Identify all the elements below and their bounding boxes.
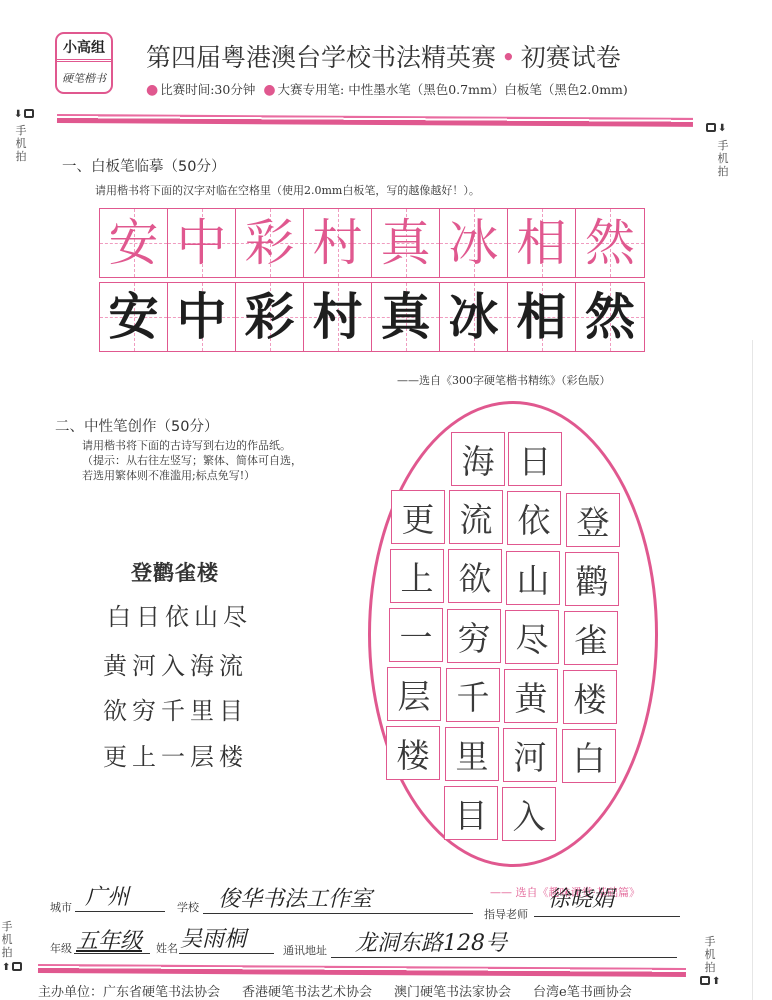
- written-char: 村: [313, 292, 363, 342]
- practice-cell[interactable]: 真: [372, 283, 440, 351]
- phone-photo-tag-top-right: 手 机 拍: [716, 139, 730, 178]
- teacher-value: 徐晓娟: [548, 882, 614, 913]
- section1-title: 一、白板笔临摹（50分）: [62, 155, 225, 176]
- exam-pen: 大赛专用笔: 中性墨水笔（黑色0.7mm）白板笔（黑色2.0mm): [278, 82, 628, 97]
- copy-grid: 安 中 彩 村 真 冰 相 然 安 中 彩 村 真 冰 相 然: [99, 208, 645, 352]
- practice-cell[interactable]: 冰: [440, 283, 508, 351]
- organizer: 主办单位：广东省硬笔书法协会: [38, 985, 220, 1000]
- camera-icon: [700, 976, 710, 985]
- tag-char: 拍: [703, 961, 717, 974]
- grade-value: 五年级: [76, 924, 142, 955]
- instruction-line: （提示：从右往左竖写；繁体、简体可自选，: [82, 453, 302, 468]
- grade-label: 年级: [50, 940, 72, 956]
- organizer: 台湾e笔书画协会: [533, 985, 632, 1000]
- tag-char: 机: [716, 152, 730, 165]
- phone-photo-tag-bottom-right: 手 机 拍: [703, 935, 717, 974]
- model-char: 相: [517, 218, 567, 268]
- tag-char: 拍: [716, 165, 730, 178]
- tag-char: 拍: [0, 946, 14, 959]
- model-cell: 安: [100, 209, 168, 277]
- work-cell[interactable]: 登: [566, 493, 620, 547]
- model-char: 安: [109, 218, 159, 268]
- camera-icon: [706, 123, 716, 132]
- model-cell: 然: [576, 209, 644, 277]
- exam-time: 比赛时间:30分钟: [160, 82, 255, 97]
- school-label: 学校: [177, 899, 199, 915]
- work-cell[interactable]: 流: [449, 490, 503, 544]
- work-cell[interactable]: 上: [390, 549, 444, 603]
- title-main: 第四届粤港澳台学校书法精英赛: [146, 43, 496, 72]
- city-value: 广州: [85, 880, 129, 911]
- section1-instructions: 请用楷书将下面的汉字对临在空格里（使用2.0mm白板笔，写的越像越好！）。: [95, 183, 480, 198]
- badge-category-label: 硬笔楷书: [57, 62, 111, 93]
- written-char: 然: [585, 292, 635, 342]
- bullet-icon: ●: [263, 82, 275, 98]
- practice-cell[interactable]: 安: [100, 283, 168, 351]
- model-char: 真: [381, 218, 431, 268]
- arrow-down-icon: ⬇: [718, 123, 726, 134]
- camera-marker-bottom-right: ⬆: [700, 976, 720, 987]
- tag-char: 机: [14, 137, 28, 150]
- work-cell[interactable]: 入: [502, 787, 556, 841]
- bullet-icon: ●: [146, 82, 158, 98]
- title-dot: •: [501, 43, 516, 72]
- model-cell: 中: [168, 209, 236, 277]
- work-cell[interactable]: 雀: [564, 611, 618, 665]
- work-cell[interactable]: 日: [508, 432, 562, 486]
- arrow-up-icon: ⬆: [2, 962, 10, 973]
- city-label: 城市: [50, 899, 72, 915]
- model-row: 安 中 彩 村 真 冰 相 然: [99, 208, 645, 278]
- section2-instructions: 请用楷书将下面的古诗写到右边的作品纸。 （提示：从右往左竖写；繁体、简体可自选，…: [82, 438, 302, 483]
- organizer: 香港硬笔书法艺术协会: [242, 985, 372, 1000]
- camera-icon: [12, 962, 22, 971]
- practice-cell[interactable]: 中: [168, 283, 236, 351]
- poem-line: 更上一层楼: [103, 737, 248, 772]
- work-cell[interactable]: 楼: [563, 670, 617, 724]
- practice-cell[interactable]: 彩: [236, 283, 304, 351]
- teacher-label: 指导老师: [484, 906, 528, 922]
- page-edge: [752, 340, 753, 1000]
- tag-char: 机: [703, 948, 717, 961]
- title-sub: 初赛试卷: [521, 43, 621, 72]
- tag-char: 手: [703, 935, 717, 948]
- camera-marker-bottom-left: ⬆: [2, 962, 22, 973]
- instruction-line: 若选用繁体则不准滥用;标点免写!）: [82, 468, 302, 483]
- badge-group-label: 小高组: [57, 34, 111, 62]
- phone-photo-tag-bottom-left: 手 机 拍: [0, 920, 14, 959]
- written-char: 彩: [245, 292, 295, 342]
- written-char: 冰: [449, 292, 499, 342]
- model-char: 中: [177, 218, 227, 268]
- instruction-line: 请用楷书将下面的古诗写到右边的作品纸。: [82, 438, 302, 453]
- work-cell[interactable]: 更: [391, 490, 445, 544]
- camera-marker-top-right: ⬇: [706, 123, 726, 134]
- camera-icon: [24, 109, 34, 118]
- model-char: 村: [313, 218, 363, 268]
- arrow-up-icon: ⬆: [712, 976, 720, 987]
- phone-photo-tag-top-left: 手 机 拍: [14, 124, 28, 163]
- camera-marker-top-left: ⬇: [14, 109, 34, 120]
- practice-cell[interactable]: 村: [304, 283, 372, 351]
- work-cell[interactable]: 白: [562, 729, 616, 783]
- model-cell: 相: [508, 209, 576, 277]
- written-char: 中: [177, 292, 227, 342]
- exam-info: ●比赛时间:30分钟 ●大赛专用笔: 中性墨水笔（黑色0.7mm）白板笔（黑色2…: [146, 80, 628, 98]
- written-char: 真: [381, 292, 431, 342]
- tag-char: 手: [716, 139, 730, 152]
- model-cell: 村: [304, 209, 372, 277]
- model-char: 然: [585, 218, 635, 268]
- written-char: 安: [109, 292, 159, 342]
- work-cell[interactable]: 山: [506, 551, 560, 605]
- model-char: 冰: [449, 218, 499, 268]
- name-label: 姓名: [156, 940, 178, 956]
- work-cell[interactable]: 河: [503, 728, 557, 782]
- written-char: 相: [517, 292, 567, 342]
- organizer: 澳门硬笔书法家协会: [394, 985, 511, 1000]
- work-cell[interactable]: 一: [389, 608, 443, 662]
- model-cell: 冰: [440, 209, 508, 277]
- top-divider: [57, 114, 693, 127]
- school-value: 俊华书法工作室: [218, 882, 372, 913]
- address-value: 龙洞东路128号: [355, 926, 507, 957]
- practice-cell[interactable]: 然: [576, 283, 644, 351]
- practice-row: 安 中 彩 村 真 冰 相 然: [99, 282, 645, 352]
- work-cell[interactable]: 楼: [386, 726, 440, 780]
- section2-title: 二、中性笔创作（50分）: [55, 415, 218, 436]
- bottom-divider: [38, 964, 686, 977]
- organizers: 主办单位：广东省硬笔书法协会香港硬笔书法艺术协会澳门硬笔书法家协会台湾e笔书画协…: [38, 981, 654, 1000]
- work-cell[interactable]: 穷: [447, 609, 501, 663]
- work-cell[interactable]: 尽: [505, 610, 559, 664]
- work-cell[interactable]: 海: [451, 432, 505, 486]
- work-cell[interactable]: 层: [387, 667, 441, 721]
- model-cell: 真: [372, 209, 440, 277]
- work-cell[interactable]: 里: [445, 727, 499, 781]
- work-cell[interactable]: 千: [446, 668, 500, 722]
- work-cell[interactable]: 依: [507, 491, 561, 545]
- model-char: 彩: [245, 218, 295, 268]
- section1-credit: ——选自《300字硬笔楷书精练》（彩色版）: [397, 372, 611, 388]
- tag-char: 机: [0, 933, 14, 946]
- poem-line: 欲穷千里目: [103, 691, 248, 726]
- name-value: 吴雨桐: [180, 922, 246, 953]
- tag-char: 手: [0, 920, 14, 933]
- model-cell: 彩: [236, 209, 304, 277]
- tag-char: 手: [14, 124, 28, 137]
- practice-cell[interactable]: 相: [508, 283, 576, 351]
- poem-line: 黄河入海流: [103, 646, 248, 681]
- work-cell[interactable]: 鹳: [565, 552, 619, 606]
- address-label: 通讯地址: [283, 942, 327, 958]
- tag-char: 拍: [14, 150, 28, 163]
- page-title: 第四届粤港澳台学校书法精英赛•初赛试卷: [146, 38, 621, 74]
- arrow-down-icon: ⬇: [14, 109, 22, 120]
- work-cell[interactable]: 欲: [448, 549, 502, 603]
- work-cell[interactable]: 黄: [504, 669, 558, 723]
- work-cell[interactable]: 目: [444, 786, 498, 840]
- group-badge: 小高组 硬笔楷书: [55, 32, 113, 94]
- poem-line: 白日依山尽: [107, 597, 252, 632]
- poem-title: 登鹳雀楼: [131, 557, 219, 587]
